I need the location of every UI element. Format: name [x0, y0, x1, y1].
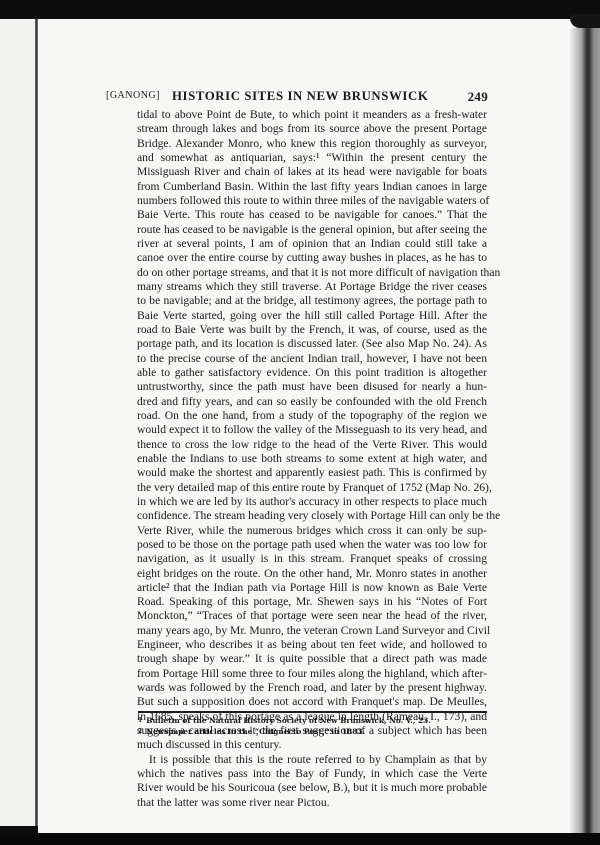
body-line: in which we are led by its author's accu… — [137, 495, 487, 509]
body-line: Road. Speaking of this portage, Mr. Shew… — [137, 595, 487, 609]
body-line: and somewhat as antiquarian, says:¹ “Wit… — [137, 151, 487, 165]
body-line: from Cumberland Basin. Within the last f… — [137, 180, 487, 194]
footnotes: 1Bulletin of the Natural History Society… — [138, 715, 488, 737]
body-line: road to Baie Verte was built by the Fren… — [137, 323, 487, 337]
body-line: would expect it to follow the valley of … — [137, 423, 487, 437]
scan-top-border-corner — [570, 14, 600, 28]
body-line: many years ago, by Mr. Munro, the vetera… — [137, 624, 487, 638]
body-line: River would be his Souricoua (see below,… — [137, 781, 487, 795]
body-line: thence to cross the low ridge to the hea… — [137, 438, 487, 452]
body-line: that the latter was some river near Pict… — [137, 796, 487, 810]
body-line: able to gather satisfactory evidence. On… — [137, 366, 487, 380]
body-line: navigation, as it usually is in this str… — [137, 552, 487, 566]
body-line: dred and fifty years, and can so easily … — [137, 395, 487, 409]
footnote: 2Newspaper articles in the “Chignecto Po… — [138, 726, 488, 737]
page-number: 249 — [468, 89, 488, 105]
running-head: [GANONG] HISTORIC SITES IN NEW BRUNSWICK… — [106, 89, 488, 105]
book-binding-edge — [575, 28, 600, 834]
body-line: posed to be those on the portage path us… — [137, 538, 487, 552]
body-line: confidence. The stream heading very clos… — [137, 509, 487, 523]
running-head-title: HISTORIC SITES IN NEW BRUNSWICK — [172, 89, 428, 104]
body-line: eight bridges on the route. On the other… — [137, 567, 487, 581]
body-line: Verte River, while the numerous bridges … — [137, 524, 487, 538]
body-text: tidal to above Point de Bute, to which p… — [137, 108, 487, 810]
body-line: route has ceased to be navigable is the … — [137, 223, 487, 237]
scan-left-margin — [0, 19, 35, 833]
body-line: Missiguash River and chain of lakes at i… — [137, 165, 487, 179]
body-line: numbers followed this route to within th… — [137, 194, 487, 208]
body-line: would make the shortest and apparently e… — [137, 466, 487, 480]
body-line: tidal to above Point de Bute, to which p… — [137, 108, 487, 122]
footnote-marker: 1 — [138, 717, 142, 724]
body-line: Bridge. Alexander Monro, who knew this r… — [137, 137, 487, 151]
body-line: trough shape by wear.” It is quite possi… — [137, 652, 487, 666]
scan-top-border — [0, 0, 600, 19]
body-line: many streams which they still traverse. … — [137, 280, 487, 294]
body-line: But such a supposition does not accord w… — [137, 695, 487, 709]
scan-bottom-border — [0, 833, 600, 845]
body-line: the very detailed map of this entire rou… — [137, 481, 487, 495]
body-line: much discussed in this century. — [137, 738, 487, 752]
body-line: which the natives pass into the Bay of F… — [137, 767, 487, 781]
body-line: to be navigable; and at the bridge, all … — [137, 294, 487, 308]
body-line: Monckton,” “Traces of that portage were … — [137, 609, 487, 623]
footnote-rule — [138, 711, 487, 713]
footnote-marker: 2 — [138, 728, 142, 735]
body-line: road. On the one hand, from a study of t… — [137, 409, 487, 423]
body-line: It is possible that this is the route re… — [137, 753, 487, 767]
footnote-text: Bulletin of the Natural History Society … — [146, 716, 431, 725]
body-line: Baie Verte. This route has ceased to be … — [137, 208, 487, 222]
body-line: river at several points, I am of opinion… — [137, 237, 487, 251]
body-line: canoe over the entire course by cutting … — [137, 251, 487, 265]
body-line: from Portage Hill some three to four mil… — [137, 667, 487, 681]
body-line: untrustworthy, since the path must have … — [137, 380, 487, 394]
body-line: Baie Verte started, going over the hill … — [137, 309, 487, 323]
body-line: article² that the Indian path via Portag… — [137, 581, 487, 595]
footnote-text: Newspaper articles in the “Chignecto Pos… — [146, 727, 365, 736]
body-line: stream through lakes and bogs from its s… — [137, 122, 487, 136]
running-head-author: [GANONG] — [106, 90, 160, 101]
body-line: portage path, and its location is discus… — [137, 337, 487, 351]
footnote: 1Bulletin of the Natural History Society… — [138, 715, 488, 726]
body-line: do on other portage streams, and that it… — [137, 266, 487, 280]
body-line: to the precise course of the ancient Ind… — [137, 352, 487, 366]
body-line: enable the Indians to use both streams t… — [137, 452, 487, 466]
body-line: Engineer, who describes it as being abou… — [137, 638, 487, 652]
body-line: wards was followed by the French road, a… — [137, 681, 487, 695]
